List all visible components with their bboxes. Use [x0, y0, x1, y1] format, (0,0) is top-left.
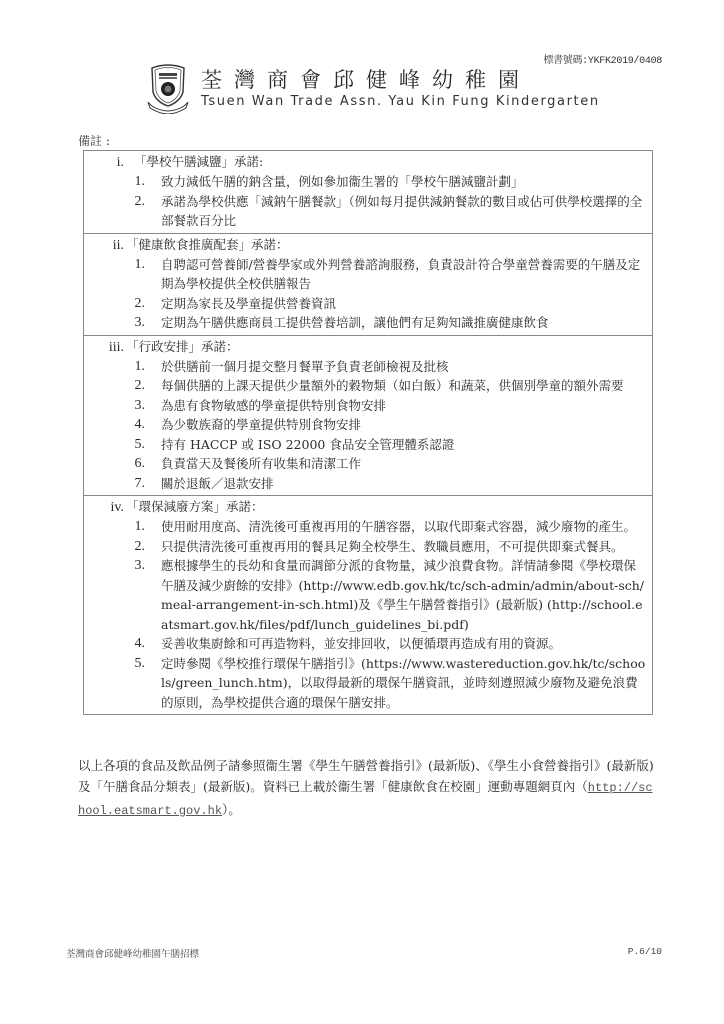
- item-number: 5.: [92, 435, 161, 455]
- section-title: i.「學校午膳減鹽」承諾:: [92, 152, 646, 172]
- list-item: 6.負責當天及餐後所有收集和清潔工作: [92, 454, 646, 474]
- item-text: 定期為家長及學童提供營養資訊: [161, 294, 646, 314]
- list-item: 3.定期為午膳供應商員工提供營養培訓，讓他們有足夠知識推廣健康飲食: [92, 313, 646, 333]
- item-text: 妥善收集廚餘和可再造物料，並安排回收，以便循環再造成有用的資源。: [161, 634, 646, 654]
- item-number: 1.: [92, 255, 161, 294]
- remark-label: 備註 :: [78, 132, 110, 149]
- list-item: 5.持有 HACCP 或 ISO 22000 食品安全管理體系認證: [92, 435, 646, 455]
- list-item: 1.致力減低午膳的鈉含量，例如參加衞生署的「學校午膳減鹽計劃」: [92, 172, 646, 192]
- item-text: 致力減低午膳的鈉含量，例如參加衞生署的「學校午膳減鹽計劃」: [161, 172, 646, 192]
- item-text: 定時參閱《學校推行環保午膳指引》(https://www.wastereduct…: [161, 654, 646, 713]
- school-name-en: Tsuen Wan Trade Assn. Yau Kin Fung Kinde…: [201, 94, 600, 109]
- list-item: 3.應根據學生的長幼和食量而調節分派的食物量，減少浪費食物。詳情請參閱《學校環保…: [92, 556, 646, 634]
- item-text: 持有 HACCP 或 ISO 22000 食品安全管理體系認證: [161, 435, 646, 455]
- list-item: 2.定期為家長及學童提供營養資訊: [92, 294, 646, 314]
- list-item: 2.承諾為學校供應「減鈉午膳餐款」（例如每月提供減鈉餐款的數目或佔可供學校選擇的…: [92, 192, 646, 231]
- item-number: 2.: [92, 294, 161, 314]
- section-number: iv.: [92, 498, 126, 517]
- commitment-table: i.「學校午膳減鹽」承諾: 1.致力減低午膳的鈉含量，例如參加衞生署的「學校午膳…: [83, 150, 653, 715]
- item-text: 自聘認可營養師/營養學家或外判營養諮詢服務，負責設計符合學童營養需要的午膳及定期…: [161, 255, 646, 294]
- section-title: iv.「環保減廢方案」承諾：: [92, 497, 646, 517]
- item-number: 3.: [92, 556, 161, 634]
- note-text: 以上各項的食品及飲品例子請參照衞生署《學生午膳營養指引》(最新版)、《學生小食營…: [78, 758, 654, 794]
- note-suffix: ）。: [222, 802, 241, 817]
- item-text: 定期為午膳供應商員工提供營養培訓，讓他們有足夠知識推廣健康飲食: [161, 313, 646, 333]
- item-text: 應根據學生的長幼和食量而調節分派的食物量，減少浪費食物。詳情請參閱《學校環保午膳…: [161, 556, 646, 634]
- item-number: 4.: [92, 634, 161, 654]
- item-number: 2.: [92, 192, 161, 231]
- section-salt-reduction: i.「學校午膳減鹽」承諾: 1.致力減低午膳的鈉含量，例如參加衞生署的「學校午膳…: [84, 151, 652, 233]
- list-item: 7.關於退飯／退款安排: [92, 474, 646, 494]
- section-heading: 「學校午膳減鹽」承諾:: [134, 154, 263, 169]
- section-number: ii.: [92, 236, 126, 255]
- item-number: 3.: [92, 396, 161, 416]
- list-item: 4.為少數族裔的學童提供特別食物安排: [92, 415, 646, 435]
- section-waste-reduction: iv.「環保減廢方案」承諾： 1.使用耐用度高、清洗後可重複再用的午膳容器，以取…: [84, 495, 652, 714]
- list-item: 1.自聘認可營養師/營養學家或外判營養諮詢服務，負責設計符合學童營養需要的午膳及…: [92, 255, 646, 294]
- footer-title: 荃灣商會邱健峰幼稚園午膳招標: [66, 946, 199, 960]
- section-administration: iii.「行政安排」承諾： 1.於供膳前一個月提交整月餐單予負責老師檢視及批核 …: [84, 335, 652, 496]
- list-item: 3.為患有食物敏感的學童提供特別食物安排: [92, 396, 646, 416]
- item-text: 每個供膳的上課天提供少量額外的穀物類（如白飯）和蔬菜，供個別學童的額外需要: [161, 376, 646, 396]
- item-text: 於供膳前一個月提交整月餐單予負責老師檢視及批核: [161, 357, 646, 377]
- list-item: 5.定時參閱《學校推行環保午膳指引》(https://www.wasteredu…: [92, 654, 646, 713]
- item-text: 負責當天及餐後所有收集和清潔工作: [161, 454, 646, 474]
- item-number: 1.: [92, 517, 161, 537]
- item-text: 使用耐用度高、清洗後可重複再用的午膳容器，以取代即棄式容器，減少廢物的產生。: [161, 517, 646, 537]
- list-item: 4.妥善收集廚餘和可再造物料，並安排回收，以便循環再造成有用的資源。: [92, 634, 646, 654]
- item-text: 為患有食物敏感的學童提供特別食物安排: [161, 396, 646, 416]
- section-healthy-eating: ii.「健康飲食推廣配套」承諾： 1.自聘認可營養師/營養學家或外判營養諮詢服務…: [84, 233, 652, 335]
- section-heading: 「行政安排」承諾：: [126, 339, 239, 354]
- item-text: 只提供清洗後可重複再用的餐具足夠全校學生、教職員應用，不可提供即棄式餐具。: [161, 537, 646, 557]
- item-text: 為少數族裔的學童提供特別食物安排: [161, 415, 646, 435]
- school-name-zh: 荃灣商會邱健峰幼稚園: [201, 64, 531, 94]
- section-number: iii.: [92, 338, 126, 357]
- section-title: iii.「行政安排」承諾：: [92, 337, 646, 357]
- item-number: 2.: [92, 537, 161, 557]
- item-number: 2.: [92, 376, 161, 396]
- item-number: 1.: [92, 172, 161, 192]
- list-item: 2.每個供膳的上課天提供少量額外的穀物類（如白飯）和蔬菜，供個別學童的額外需要: [92, 376, 646, 396]
- item-number: 5.: [92, 654, 161, 713]
- page-number: P.6/10: [628, 946, 662, 957]
- section-title: ii.「健康飲食推廣配套」承諾：: [92, 235, 646, 255]
- section-heading: 「環保減廢方案」承諾：: [126, 499, 264, 514]
- section-heading: 「健康飲食推廣配套」承諾：: [126, 237, 289, 252]
- letterhead: 荃灣商會邱健峰幼稚園 Tsuen Wan Trade Assn. Yau Kin…: [146, 64, 586, 116]
- section-number: i.: [92, 153, 134, 172]
- list-item: 1.於供膳前一個月提交整月餐單予負責老師檢視及批核: [92, 357, 646, 377]
- school-crest-icon: [146, 64, 190, 114]
- item-text: 關於退飯／退款安排: [161, 474, 646, 494]
- list-item: 1.使用耐用度高、清洗後可重複再用的午膳容器，以取代即棄式容器，減少廢物的產生。: [92, 517, 646, 537]
- item-number: 3.: [92, 313, 161, 333]
- item-number: 4.: [92, 415, 161, 435]
- list-item: 2.只提供清洗後可重複再用的餐具足夠全校學生、教職員應用，不可提供即棄式餐具。: [92, 537, 646, 557]
- item-number: 6.: [92, 454, 161, 474]
- item-number: 7.: [92, 474, 161, 494]
- item-text: 承諾為學校供應「減鈉午膳餐款」（例如每月提供減鈉餐款的數目或佔可供學校選擇的全部…: [161, 192, 646, 231]
- item-number: 1.: [92, 357, 161, 377]
- reference-note: 以上各項的食品及飲品例子請參照衞生署《學生午膳營養指引》(最新版)、《學生小食營…: [78, 755, 658, 822]
